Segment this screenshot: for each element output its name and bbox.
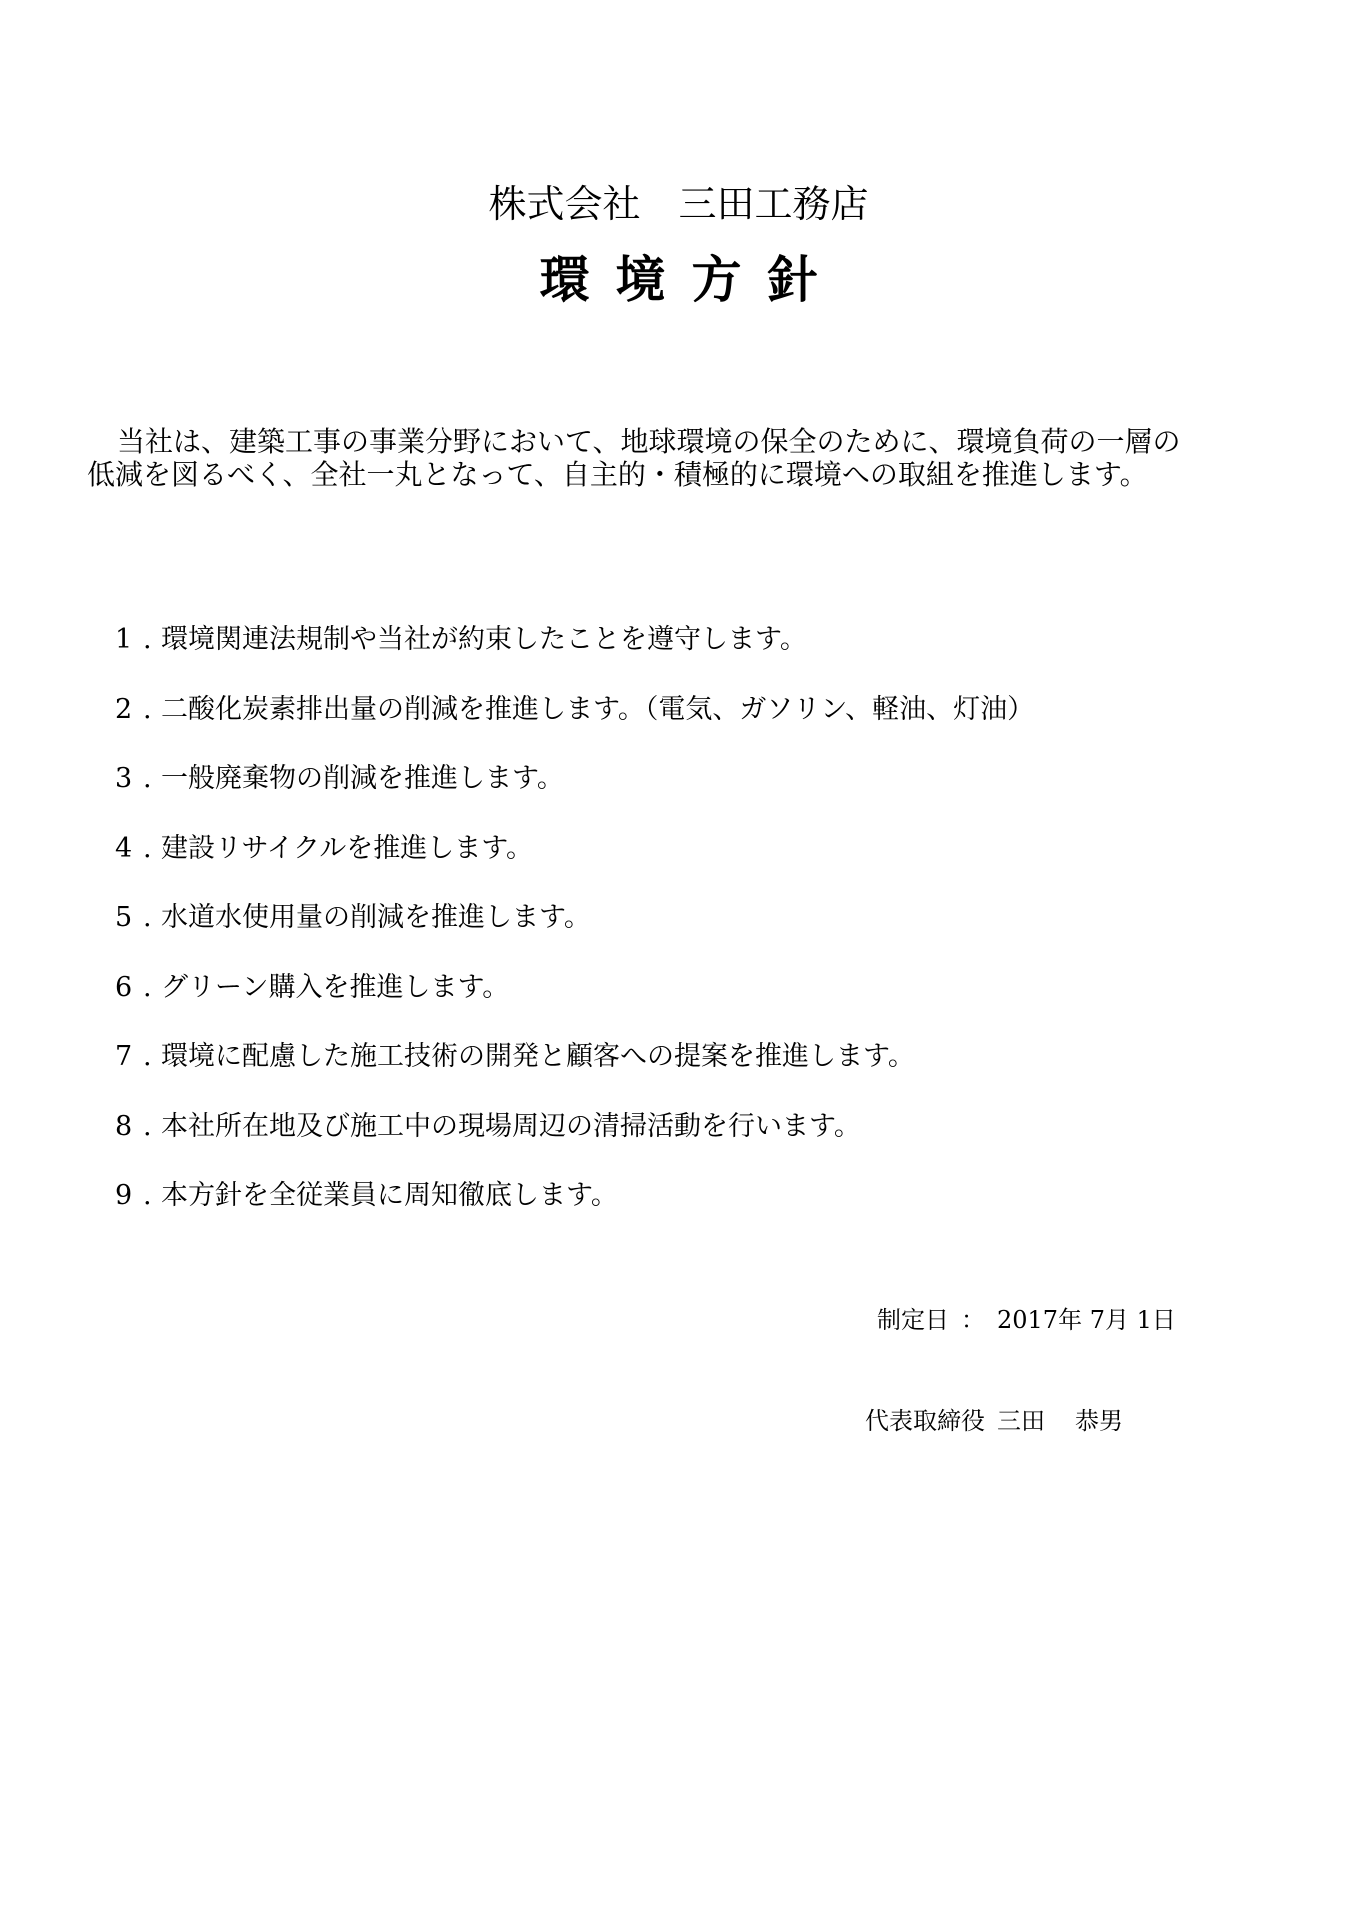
item-text: 環境に配慮した施工技術の開発と顧客への提案を推進します。 <box>161 1041 915 1072</box>
date-label: 制定日 <box>877 1308 949 1332</box>
item-number: 2. <box>115 695 161 725</box>
date-value: 2017年 7月 1日 <box>997 1308 1176 1332</box>
policy-item: 4.建設リサイクルを推進します。 <box>115 834 1034 904</box>
item-text: グリーン購入を推進します。 <box>161 972 509 1003</box>
date-separator: ： <box>961 1308 985 1332</box>
item-number: 8. <box>115 1112 161 1142</box>
signer-given-name: 恭男 <box>1075 1409 1123 1433</box>
item-number: 9. <box>115 1181 161 1211</box>
policy-item: 2.二酸化炭素排出量の削減を推進します。（電気、ガソリン、軽油、灯油） <box>115 695 1034 765</box>
company-name: 株式会社三田工務店 <box>0 185 1357 223</box>
enactment-date: 制定日：2017年 7月 1日 <box>877 1308 1176 1332</box>
item-text: 本方針を全従業員に周知徹底します。 <box>161 1180 618 1211</box>
intro-line-1: 当社は、建築工事の事業分野において、地球環境の保全のために、環境負荷の一層の <box>87 425 1287 458</box>
intro-paragraph: 当社は、建築工事の事業分野において、地球環境の保全のために、環境負荷の一層の 低… <box>87 425 1287 491</box>
item-number: 1. <box>115 625 161 655</box>
policy-item: 9.本方針を全従業員に周知徹底します。 <box>115 1181 1034 1251</box>
policy-item: 5.水道水使用量の削減を推進します。 <box>115 903 1034 973</box>
item-text: 一般廃棄物の削減を推進します。 <box>161 763 564 794</box>
company-type: 株式会社 <box>488 185 640 223</box>
signer-surname: 三田 <box>997 1409 1045 1433</box>
item-text: 水道水使用量の削減を推進します。 <box>161 902 591 933</box>
item-text: 二酸化炭素排出量の削減を推進します。（電気、ガソリン、軽油、灯油） <box>161 694 1034 725</box>
signer-title: 代表取締役 <box>865 1409 985 1433</box>
company-trade-name: 三田工務店 <box>679 185 869 223</box>
policy-item: 7.環境に配慮した施工技術の開発と顧客への提案を推進します。 <box>115 1042 1034 1112</box>
intro-line-2: 低減を図るべく、全社一丸となって、自主的・積極的に環境への取組を推進します。 <box>87 458 1287 491</box>
item-number: 4. <box>115 834 161 864</box>
policy-list: 1.環境関連法規制や当社が約束したことを遵守します。 2.二酸化炭素排出量の削減… <box>115 625 1034 1251</box>
item-number: 5. <box>115 903 161 933</box>
policy-item: 6.グリーン購入を推進します。 <box>115 973 1034 1043</box>
signatory: 代表取締役三田恭男 <box>865 1409 1123 1433</box>
item-number: 7. <box>115 1042 161 1072</box>
item-number: 6. <box>115 973 161 1003</box>
policy-item: 1.環境関連法規制や当社が約束したことを遵守します。 <box>115 625 1034 695</box>
policy-item: 3.一般廃棄物の削減を推進します。 <box>115 764 1034 834</box>
item-text: 本社所在地及び施工中の現場周辺の清掃活動を行います。 <box>161 1111 861 1142</box>
item-number: 3. <box>115 764 161 794</box>
policy-item: 8.本社所在地及び施工中の現場周辺の清掃活動を行います。 <box>115 1112 1034 1182</box>
document-title: 環境方針 <box>0 255 1357 305</box>
item-text: 建設リサイクルを推進します。 <box>161 833 533 864</box>
item-text: 環境関連法規制や当社が約束したことを遵守します。 <box>161 624 807 655</box>
